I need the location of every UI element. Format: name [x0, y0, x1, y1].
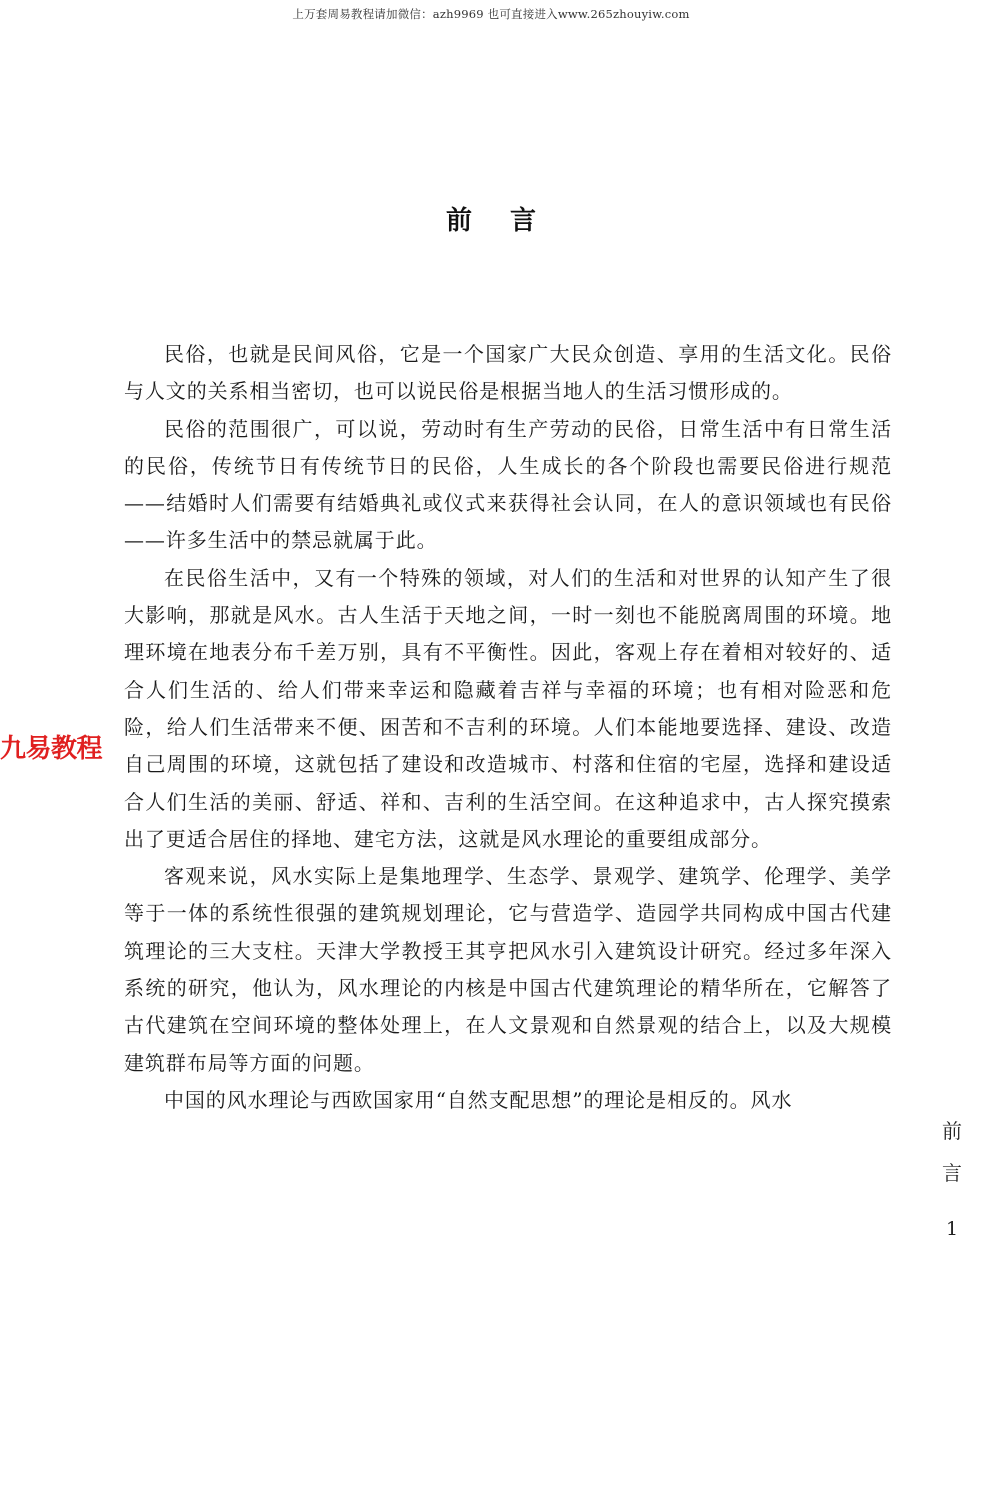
- paragraph: 民俗，也就是民间风俗，它是一个国家广大民众创造、享用的生活文化。民俗与人文的关系…: [124, 336, 892, 411]
- top-banner: 上万套周易教程请加微信：azh9969 也可直接进入www.265zhouyiw…: [0, 6, 982, 22]
- page-title-char: 言: [510, 200, 536, 237]
- paragraph: 客观来说，风水实际上是集地理学、生态学、景观学、建筑学、伦理学、美学等于一体的系…: [124, 858, 892, 1082]
- page-title: 前言: [0, 200, 982, 237]
- side-header-char: 言: [941, 1152, 963, 1194]
- page-title-char: 前: [446, 200, 472, 237]
- body-text: 民俗，也就是民间风俗，它是一个国家广大民众创造、享用的生活文化。民俗与人文的关系…: [124, 336, 892, 1119]
- side-running-header: 前 言: [941, 1110, 963, 1194]
- paragraph: 民俗的范围很广，可以说，劳动时有生产劳动的民俗，日常生活中有日常生活的民俗，传统…: [124, 411, 892, 560]
- watermark: 九易教程: [0, 728, 102, 765]
- paragraph: 在民俗生活中，又有一个特殊的领域，对人们的生活和对世界的认知产生了很大影响，那就…: [124, 560, 892, 858]
- paragraph: 中国的风水理论与西欧国家用“自然支配思想”的理论是相反的。风水: [124, 1082, 892, 1119]
- page-number: 1: [941, 1218, 963, 1240]
- side-header-char: 前: [941, 1110, 963, 1152]
